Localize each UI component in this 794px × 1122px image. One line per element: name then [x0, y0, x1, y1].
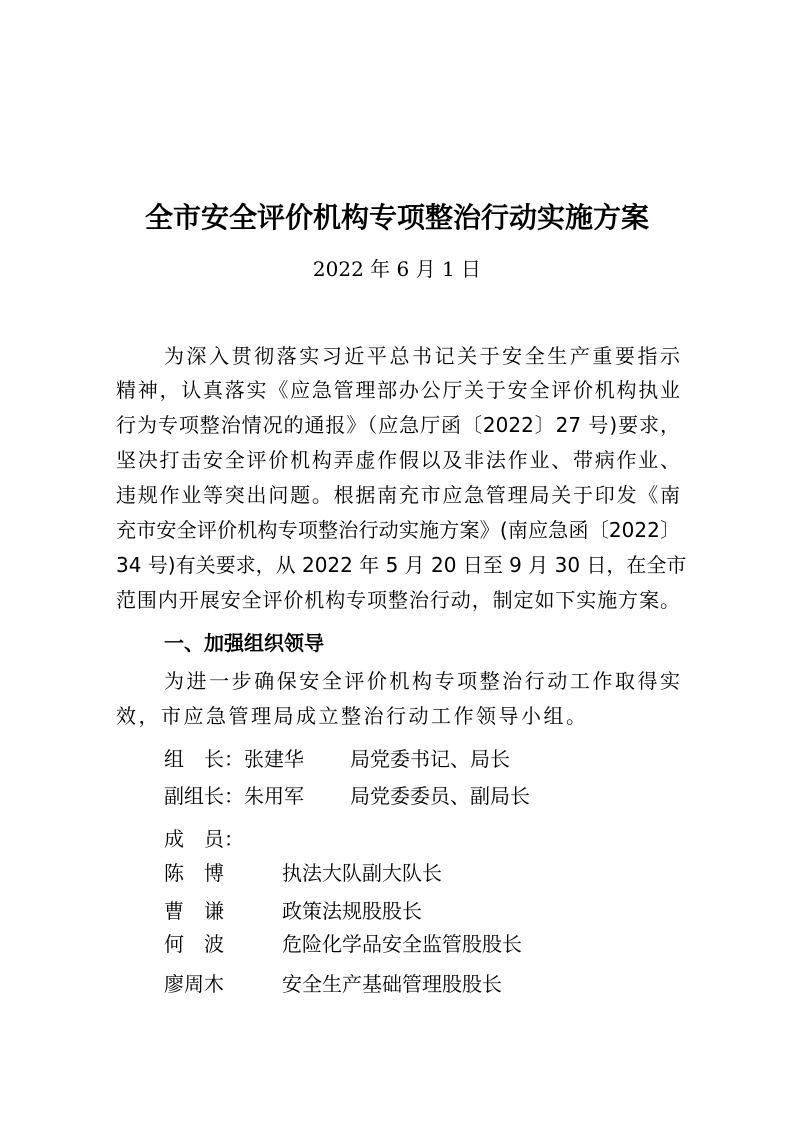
leader-position: 局党委书记、局长	[350, 743, 510, 772]
intro-line-1: 为深入贯彻落实习近平总书记关于安全生产重要指示	[164, 340, 680, 369]
intro-line-4: 坚决打击安全评价机构弄虚作假以及非法作业、带病作业、	[116, 444, 680, 473]
section-para-line-1: 为进一步确保安全评价机构专项整治行动工作取得实	[164, 665, 680, 694]
document-date: 2022 年 6 月 1 日	[0, 253, 794, 282]
member-position: 政策法规股股长	[282, 895, 422, 924]
section-heading: 一、加强组织领导	[164, 627, 324, 656]
member-name: 陈 博	[164, 857, 224, 886]
member-name: 何 波	[164, 928, 224, 957]
deputy-leader-position: 局党委委员、副局长	[350, 780, 530, 809]
member-position: 危险化学品安全监管股股长	[282, 928, 522, 957]
member-position: 安全生产基础管理股股长	[282, 968, 502, 997]
intro-line-8: 范围内开展安全评价机构专项整治行动，制定如下实施方案。	[116, 584, 680, 613]
intro-line-6: 充市安全评价机构专项整治行动实施方案》(南应急函〔2022〕	[116, 514, 680, 543]
intro-line-2: 精神，认真落实《应急管理部办公厅关于安全评价机构执业	[116, 374, 680, 403]
member-position: 执法大队副大队长	[282, 857, 442, 886]
intro-line-7: 34 号)有关要求，从 2022 年 5 月 20 日至 9 月 30 日，在全…	[116, 549, 680, 578]
intro-line-5: 违规作业等突出问题。根据南充市应急管理局关于印发《南	[116, 479, 680, 508]
member-name: 廖周木	[164, 968, 224, 997]
deputy-leader-role: 副组长：朱用军	[164, 780, 304, 809]
intro-line-3: 行为专项整治情况的通报》（应急厅函〔2022〕27 号)要求，	[116, 409, 680, 438]
members-label: 成 员：	[164, 823, 244, 852]
member-name: 曹 谦	[164, 895, 224, 924]
document-title: 全市安全评价机构专项整治行动实施方案	[0, 196, 794, 236]
document-page: 全市安全评价机构专项整治行动实施方案 2022 年 6 月 1 日 为深入贯彻落…	[0, 0, 794, 1122]
leader-role: 组 长：张建华	[164, 743, 304, 772]
section-para-line-2: 效，市应急管理局成立整治行动工作领导小组。	[116, 700, 589, 729]
